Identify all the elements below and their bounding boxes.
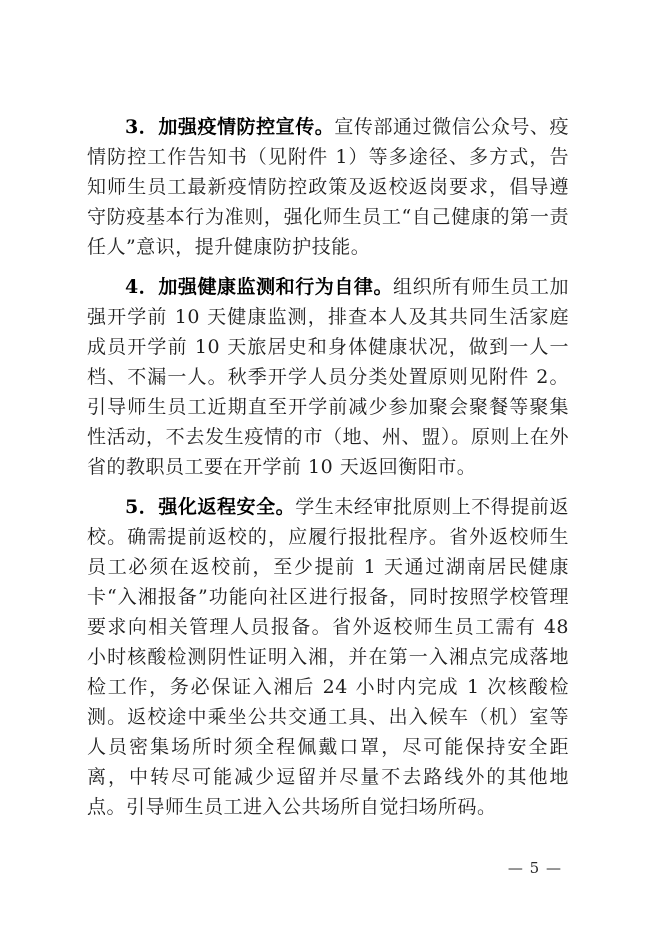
paragraph-3-heading: 3．加强疫情防控宣传。	[125, 116, 334, 138]
document-text-block: 3．加强疫情防控宣传。宣传部通过微信公众号、疫情防控工作告知书（见附件 1）等多…	[87, 112, 569, 822]
paragraph-5-body: 学生未经审批原则上不得提前返校。确需提前返校的，应履行报批程序。省外返校师生员工…	[87, 496, 569, 818]
paragraph-3: 3．加强疫情防控宣传。宣传部通过微信公众号、疫情防控工作告知书（见附件 1）等多…	[87, 112, 569, 262]
paragraph-5: 5．强化返程安全。学生未经审批原则上不得提前返校。确需提前返校的，应履行报批程序…	[87, 492, 569, 822]
paragraph-5-heading: 5．强化返程安全。	[125, 496, 295, 518]
paragraph-4: 4．加强健康监测和行为自律。组织所有师生员工加强开学前 10 天健康监测，排查本…	[87, 272, 569, 482]
paragraph-4-heading: 4．加强健康监测和行为自律。	[125, 276, 393, 298]
page-number: — 5 —	[508, 858, 562, 878]
paragraph-4-body: 组织所有师生员工加强开学前 10 天健康监测，排查本人及其共同生活家庭成员开学前…	[87, 276, 569, 478]
document-page: 3．加强疫情防控宣传。宣传部通过微信公众号、疫情防控工作告知书（见附件 1）等多…	[0, 0, 655, 927]
